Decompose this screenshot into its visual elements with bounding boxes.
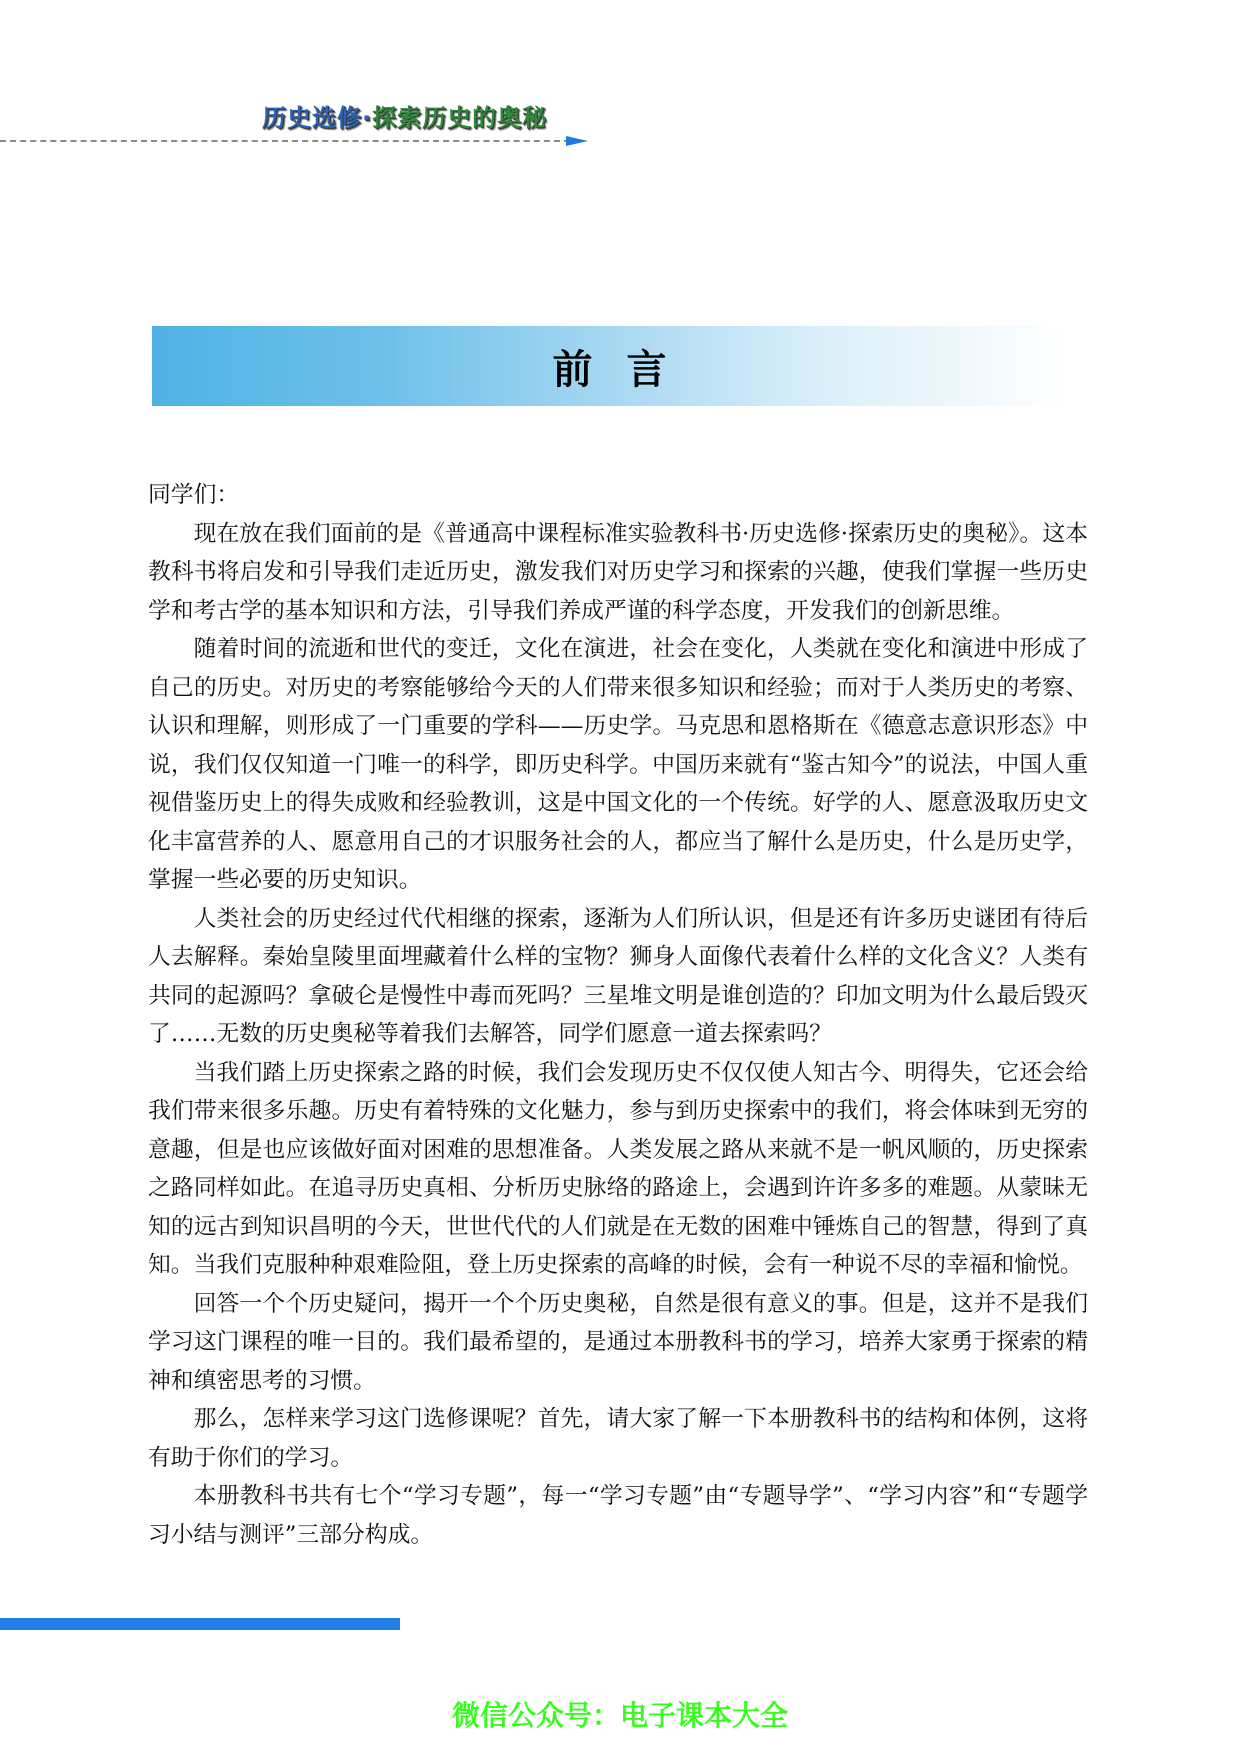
paragraph: 现在放在我们面前的是《普通高中课程标准实验教科书·历史选修·探索历史的奥秘》。这… [148,515,1088,631]
paragraph: 随着时间的流逝和世代的变迁，文化在演进，社会在变化，人类就在变化和演进中形成了自… [148,630,1088,900]
arrow-right-icon [566,136,588,146]
paragraph: 那么，怎样来学习这门选修课呢？首先，请大家了解一下本册教科书的结构和体例，这将有… [148,1400,1088,1477]
paragraph: 当我们踏上历史探索之路的时候，我们会发现历史不仅仅使人知古今、明得失，它还会给我… [148,1054,1088,1285]
header-separator: · [362,104,372,132]
footer-accent-bar [0,1618,400,1630]
header-book-name: 探索历史的奥秘 [372,104,547,132]
header-dashed-rule [0,140,570,142]
paragraph: 本册教科书共有七个“学习专题”，每一“学习专题”由“专题导学”、“学习内容”和“… [148,1477,1088,1554]
header-series-name: 历史选修 [262,104,362,132]
preface-body: 同学们： 现在放在我们面前的是《普通高中课程标准实验教科书·历史选修·探索历史的… [148,476,1088,1554]
title-banner: 前言 [152,326,1067,406]
page-title: 前言 [519,338,701,395]
paragraph: 人类社会的历史经过代代相继的探索，逐渐为人们所认识，但是还有许多历史谜团有待后人… [148,900,1088,1054]
running-header: 历史选修·探索历史的奥秘 [262,98,547,133]
paragraph: 回答一个个历史疑问，揭开一个个历史奥秘，自然是很有意义的事。但是，这并不是我们学… [148,1285,1088,1401]
watermark: 微信公众号：电子课本大全 [0,1694,1240,1734]
salutation: 同学们： [148,476,1088,515]
